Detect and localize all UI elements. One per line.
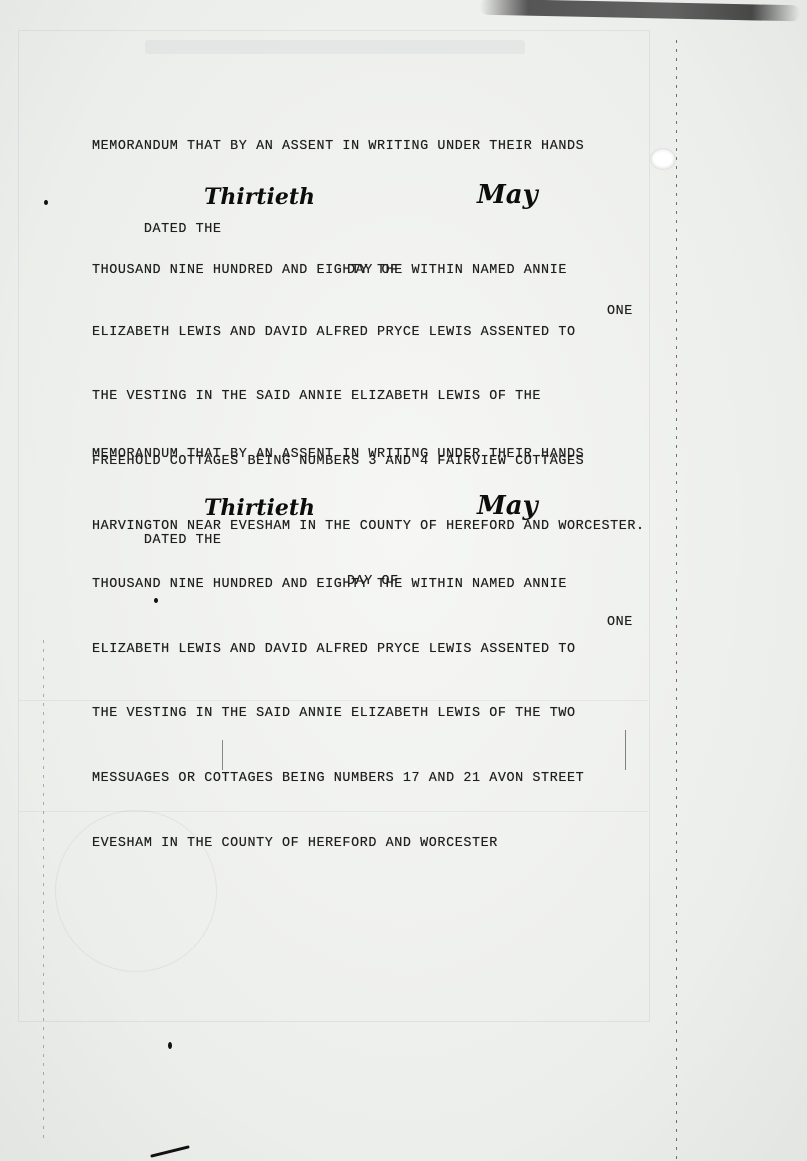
memo-line: MEMORANDUM THAT BY AN ASSENT IN WRITING … [92,137,645,158]
scan-streak [625,730,626,770]
bleed-through-heading [145,40,525,54]
memo-line: THOUSAND NINE HUNDRED AND EIGHTY THE WIT… [92,261,645,282]
memo-line: THOUSAND NINE HUNDRED AND EIGHTY THE WIT… [92,575,584,596]
scan-streak [43,640,44,1140]
handwritten-month: May [477,496,538,517]
handwritten-day: Thirtieth [204,187,315,208]
memo-line: MEMORANDUM THAT BY AN ASSENT IN WRITING … [92,445,584,466]
handwritten-month: May [477,185,538,206]
ink-speck [44,200,48,205]
memo-line: THE VESTING IN THE SAID ANNIE ELIZABETH … [92,704,584,725]
memo-line: MESSUAGES OR COTTAGES BEING NUMBERS 17 A… [92,769,584,790]
date-line: DATED THE Thirtieth DAY OF May ONE [92,510,584,531]
memo-line: EVESHAM IN THE COUNTY OF HEREFORD AND WO… [92,834,584,855]
date-suffix: ONE [607,613,633,634]
memo-line: ELIZABETH LEWIS AND DAVID ALFRED PRYCE L… [92,323,645,344]
date-prefix: DATED THE [144,222,222,237]
date-prefix: DATED THE [144,533,222,548]
scan-streak [676,40,677,1161]
memorandum-2: MEMORANDUM THAT BY AN ASSENT IN WRITING … [92,404,584,896]
ink-speck [168,1042,172,1049]
date-suffix: ONE [607,302,633,323]
scan-smudge [480,0,800,21]
memo-line: ELIZABETH LEWIS AND DAVID ALFRED PRYCE L… [92,640,584,661]
date-line: DATED THE Thirtieth DAY OF May ONE [92,199,645,220]
scanned-page: MEMORANDUM THAT BY AN ASSENT IN WRITING … [0,0,807,1161]
handwritten-day: Thirtieth [204,498,315,519]
punch-hole [650,148,676,170]
pen-stroke [150,1145,190,1158]
